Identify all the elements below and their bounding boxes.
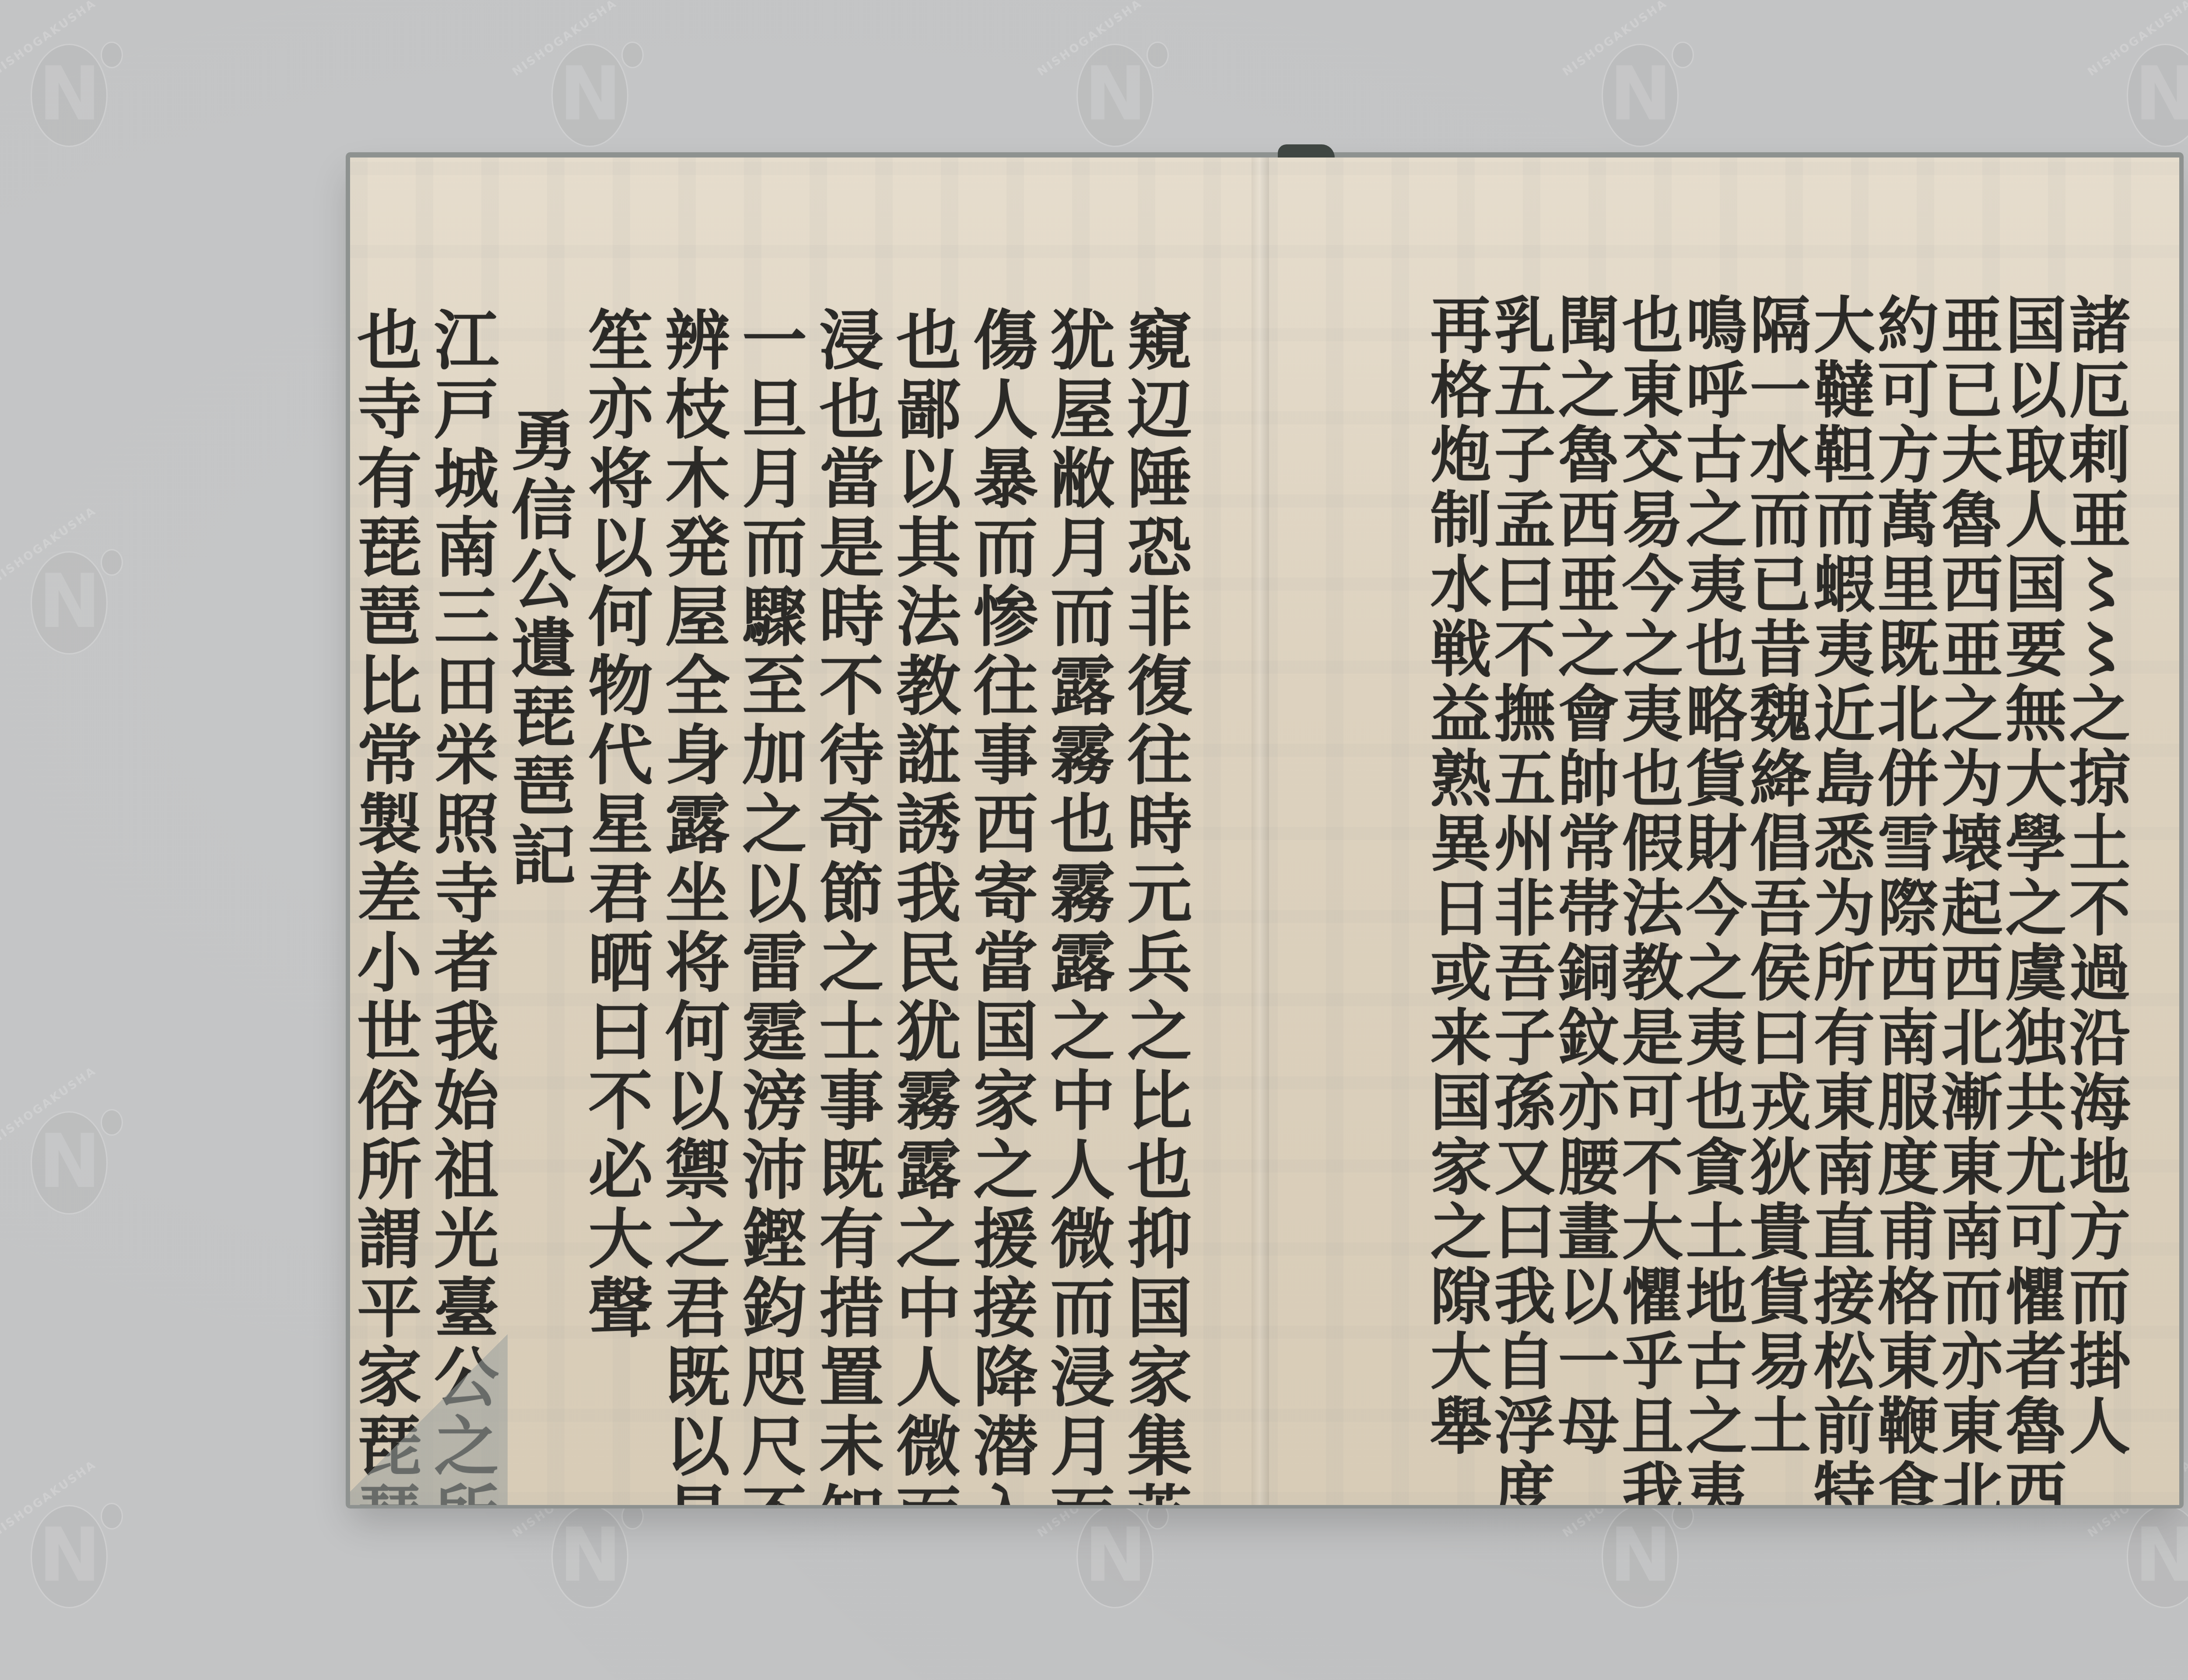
text-column: 約可方萬里既北併雪際西南服度甫格東鞭食 [1871,293,1935,1505]
center-gutter [1252,157,1269,1505]
section-title: 勇信公遺琵琶記 [503,407,574,1505]
right-page: 諸厄剌亜〻〻之掠土不過沿海地方而掛人 国以取人国要無大學之虞独共尤可懼者魯西 亜… [1260,157,2179,1505]
text-column: 隔一水而已昔魏絳倡吾侯曰戎狄貴貨易土 [1743,293,1807,1505]
text-column: 傷人暴而惨往事西寄當国家之援接降潜入 [965,306,1036,1505]
left-page-text: 窺辺陲恐非復往時元兵之比也抑国家集英賢 犹屋敝月而露霧也霧露之中人微而浸月而之 … [420,306,1190,1505]
text-column: 也鄙以其法教誑誘我民犹霧露之中人微而 [888,306,959,1505]
open-book: 窺辺陲恐非復往時元兵之比也抑国家集英賢 犹屋敝月而露霧也霧露之中人微而浸月而之 … [350,157,2179,1505]
text-column: 諸厄剌亜〻〻之掠土不過沿海地方而掛人 [2063,293,2127,1505]
text-column: 一旦月而驟至加之以雷霆滂沛鏗鈞咫尺不 [734,306,805,1505]
text-column: 乳五子孟曰不撫五州非吾子孫又曰我自浮度 [1488,293,1552,1505]
left-page: 窺辺陲恐非復往時元兵之比也抑国家集英賢 犹屋敝月而露霧也霧露之中人微而浸月而之 … [350,157,1261,1505]
watermark-logo-icon: NNISHOGAKUSHA [534,17,648,149]
text-column: 窺辺陲恐非復往時元兵之比也抑国家集英賢 [1119,306,1190,1505]
text-column: 浸也當是時不待奇節之士事既有措置未知 [811,306,882,1505]
text-column: 辨枝木発屋全身露坐将何以禦之君既以星代 [657,306,728,1505]
watermark-logo-icon: NNISHOGAKUSHA [1584,17,1698,149]
text-column: 再格炮制水戦益熟異日或来国家之隙大舉 [1424,293,1488,1505]
text-column: 大韃靼而蝦夷近島悉为所有東南直接松前特 [1807,293,1871,1505]
text-column: 也東交易今之夷也假法教是可不大懼乎且我 [1616,293,1680,1505]
watermark-logo-icon: NNISHOGAKUSHA [13,525,127,656]
torn-corner [350,1321,508,1505]
watermark-logo-icon: NNISHOGAKUSHA [13,1085,127,1216]
text-column: 国以取人国要無大學之虞独共尤可懼者魯西 [1999,293,2063,1505]
text-column: 鳴呼古之夷也略貨財今之夷也貪土地古之夷 [1680,293,1743,1505]
watermark-logo-icon: NNISHOGAKUSHA [13,17,127,149]
watermark-logo-icon: NNISHOGAKUSHA [1059,17,1173,149]
watermark-logo-icon: NNISHOGAKUSHA [13,1479,127,1610]
text-column: 笙亦将以何物代星君晒曰不必大聲 [580,306,651,1505]
text-column: 聞之魯西亜之會帥常帯銅鈫亦腰畫以一母 [1552,293,1616,1505]
right-page-text: 諸厄剌亜〻〻之掠土不過沿海地方而掛人 国以取人国要無大學之虞独共尤可懼者魯西 亜… [1361,293,2127,1505]
watermark-logo-icon: NNISHOGAKUSHA [2109,17,2188,149]
text-column: 亜已夫魯西亜之为壊起西北漸東南而亦東北 [1935,293,1999,1505]
text-column: 犹屋敝月而露霧也霧露之中人微而浸月而之 [1042,306,1113,1505]
